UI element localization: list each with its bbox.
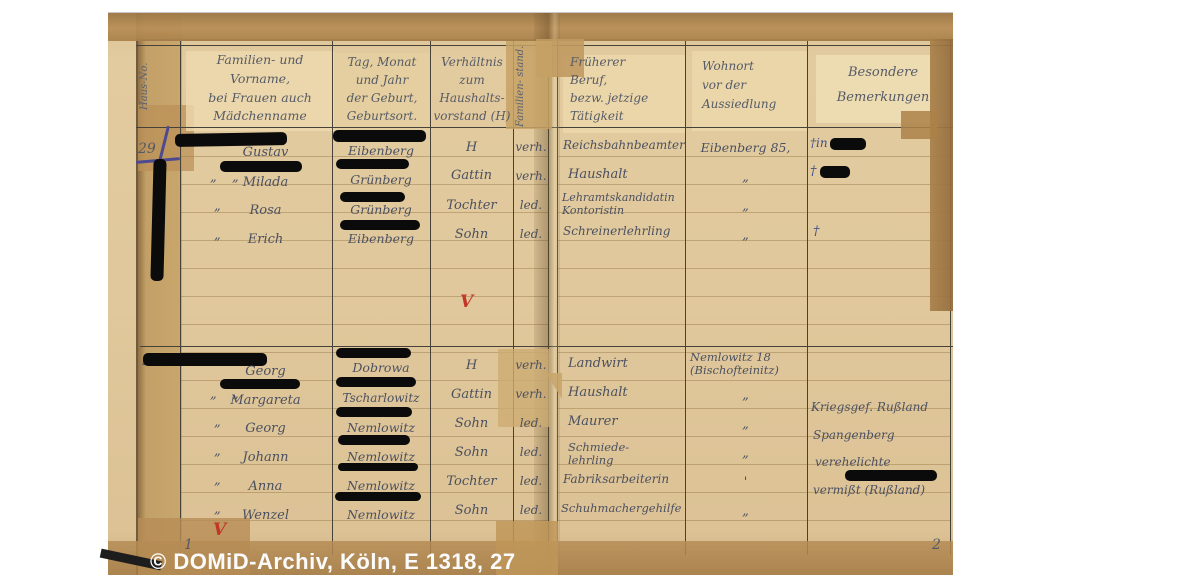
entry-residence: „: [688, 200, 803, 215]
entry-occupation: Fabriksarbeiterin: [563, 473, 688, 487]
entry-residence: „: [688, 389, 803, 404]
entry-remark: verehelichte: [815, 456, 953, 470]
entry-occupation: Maurer: [568, 415, 688, 430]
entry-relation: Gattin: [430, 169, 513, 184]
entry-birthplace: Nemlowitz: [336, 479, 426, 493]
header-relation: Verhältnis zum Haushalts- vorstand (H): [430, 53, 514, 125]
entry-first-name: Anna: [208, 480, 323, 495]
entry-birthplace: Dobrowa: [336, 361, 426, 375]
entry-first-name: Erich: [208, 233, 323, 248]
entry-birthplace: Nemlowitz: [336, 508, 426, 522]
entry-relation: Sohn: [430, 504, 513, 519]
header-occupation: Früherer Beruf, bezw. jetzige Tätigkeit: [570, 53, 690, 125]
archive-watermark: © DOMiD-Archiv, Köln, E 1318, 27: [150, 549, 516, 575]
entry-remark-cross: †: [813, 225, 820, 240]
table-line: [180, 39, 181, 555]
entry-relation: Sohn: [430, 228, 513, 243]
redaction-bar: [340, 192, 405, 202]
entry-residence: „: [688, 171, 803, 186]
red-checkmark: V: [460, 293, 473, 313]
entry-marital-status: verh.: [513, 359, 549, 373]
entry-birthplace: Eibenberg: [336, 144, 426, 158]
entry-first-name: Johann: [208, 451, 323, 466]
redaction-bar: [340, 220, 420, 230]
entry-relation: Sohn: [430, 417, 513, 432]
entry-remark-cross: †in: [810, 137, 828, 151]
header-residence: Wohnort vor der Aussiedlung: [702, 57, 806, 115]
header-remarks: Besondere Bemerkungen: [818, 61, 948, 110]
redaction-bar: [336, 159, 409, 169]
entry-first-name: Milada: [208, 176, 323, 191]
table-line: [332, 39, 333, 555]
entry-relation: H: [430, 141, 513, 156]
entry-residence: Nemlowitz 18 (Bischofteinitz): [690, 351, 805, 377]
redaction-bar: [333, 130, 426, 142]
redaction-bar: [336, 407, 412, 417]
entry-remark-cross: †: [810, 165, 817, 180]
entry-remark: Spangenberg: [813, 429, 951, 443]
redaction-bar: [338, 435, 410, 445]
entry-residence: „: [688, 418, 803, 433]
entry-relation: Sohn: [430, 446, 513, 461]
entry-relation: Gattin: [430, 388, 513, 403]
entry-marital-status: led.: [513, 417, 549, 431]
entry-birthplace: Grünberg: [336, 173, 426, 187]
margin-column-label: Haus-No.: [138, 43, 160, 129]
entry-marital-status: verh.: [513, 388, 549, 402]
entry-occupation: Haushalt: [568, 168, 688, 183]
entry-residence: „: [688, 229, 803, 244]
entry-marital-status: led.: [513, 475, 549, 489]
redaction-bar: [336, 377, 416, 387]
entry-residence: „: [688, 505, 803, 520]
header-birth: Tag, Monat und Jahr der Geburt, Geburtso…: [336, 53, 428, 125]
entry-occupation: Schmiede- lehrling: [568, 441, 688, 467]
entry-occupation: Lehramtskandidatin Kontoristin: [562, 192, 687, 217]
household-number: 29: [138, 141, 156, 157]
entry-first-name: Georg: [208, 365, 323, 380]
ledger-document: Haus-No. Familien- und Vorname, bei Frau…: [108, 12, 953, 575]
entry-birthplace: Nemlowitz: [336, 450, 426, 464]
scan-background: Haus-No. Familien- und Vorname, bei Frau…: [0, 0, 1177, 585]
entry-remark: Kriegsgef. Rußland: [811, 401, 949, 415]
entry-marital-status: led.: [513, 504, 549, 518]
entry-first-name: Rosa: [208, 204, 323, 219]
entry-relation: H: [430, 359, 513, 374]
entry-first-name: Georg: [208, 422, 323, 437]
redaction-bar: [845, 470, 937, 481]
entry-residence: ': [688, 476, 803, 491]
red-checkmark: V: [213, 521, 226, 541]
entry-birthplace: Grünberg: [336, 203, 426, 217]
entry-birthplace: Nemlowitz: [336, 421, 426, 435]
entry-marital-status: verh.: [513, 141, 549, 155]
entry-first-name: Margareta: [208, 394, 323, 409]
entry-marital-status: verh.: [513, 170, 549, 184]
tape-patch: [901, 111, 937, 139]
page-number-right: 2: [932, 537, 941, 553]
entry-occupation: Schreinerlehrling: [563, 225, 688, 239]
entry-birthplace: Tscharlowitz: [334, 392, 428, 406]
entry-marital-status: led.: [513, 446, 549, 460]
header-marital: Familien- stand.: [514, 45, 548, 127]
table-line: [807, 39, 808, 555]
entry-occupation: Landwirt: [568, 357, 688, 372]
redaction-bar: [830, 138, 866, 150]
entry-relation: Tochter: [430, 475, 513, 490]
entry-occupation: Haushalt: [568, 386, 688, 401]
redaction-bar: [820, 166, 850, 178]
entry-marital-status: led.: [513, 228, 549, 242]
entry-occupation: Schuhmachergehilfe: [561, 502, 689, 515]
entry-first-name: Gustav: [208, 146, 323, 161]
entry-residence: „: [688, 447, 803, 462]
entry-occupation: Reichsbahnbeamter: [563, 139, 688, 153]
entry-birthplace: Eibenberg: [336, 232, 426, 246]
entry-marital-status: led.: [513, 199, 549, 213]
top-tape-strip: [108, 13, 953, 41]
entry-remark: vermißt (Rußland): [813, 484, 953, 498]
redaction-bar: [336, 348, 411, 358]
header-name: Familien- und Vorname, bei Frauen auch M…: [188, 51, 332, 126]
entry-relation: Tochter: [430, 199, 513, 214]
entry-residence: Eibenberg 85,: [688, 141, 803, 155]
